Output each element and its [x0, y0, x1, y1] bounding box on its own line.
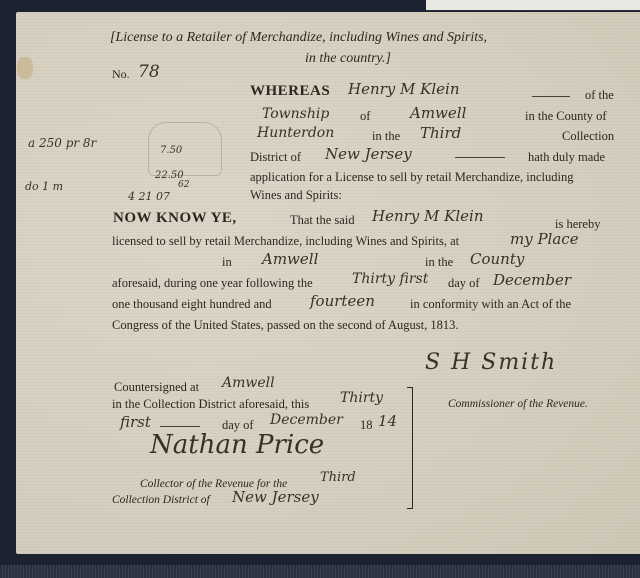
text-that-the-said: That the said	[290, 213, 355, 228]
collector-signature: Nathan Price	[150, 430, 324, 460]
margin-note: a 250 pr 8r	[28, 136, 96, 150]
town-name: Amwell	[262, 250, 318, 268]
fill-line	[455, 157, 505, 158]
margin-note: do 1 m	[25, 180, 63, 193]
county-name: Hunterdon	[257, 125, 334, 141]
county-word: County	[470, 250, 524, 268]
text-in: in	[222, 255, 232, 270]
fill-line	[532, 96, 570, 97]
township-word: Township	[262, 106, 329, 122]
top-edge-strip	[426, 0, 640, 11]
text-congress: Congress of the United States, passed on…	[112, 318, 458, 333]
countersign-year: 14	[378, 412, 397, 430]
text-application: application for a License to sell by ret…	[250, 170, 574, 185]
text-of-the: of the	[585, 88, 614, 103]
applicant-name: Henry M Klein	[348, 80, 460, 98]
number-value: 78	[138, 62, 160, 82]
countersign-day-1: Thirty	[340, 390, 383, 406]
whereas-lead: WHEREAS	[250, 83, 330, 100]
text-collection: Collection	[562, 129, 614, 144]
text-of: of	[360, 109, 370, 124]
bottom-edge-strip	[0, 565, 640, 578]
text-aforesaid: aforesaid, during one year following the	[112, 276, 313, 291]
district-ordinal: Third	[420, 124, 461, 142]
month-handwritten: December	[493, 271, 571, 289]
township-name: Amwell	[410, 104, 466, 122]
text-year-prefix: 18	[360, 418, 373, 433]
margin-note: 62	[178, 180, 189, 190]
text-collection-district-of: Collection District of	[112, 494, 210, 506]
text-conformity: in conformity with an Act of the	[410, 297, 571, 312]
text-day-of: day of	[448, 276, 480, 291]
text-county-of: in the County of	[525, 109, 607, 124]
heading-line-2: in the country.]	[305, 51, 391, 67]
text-wines-spirits: Wines and Spirits:	[250, 188, 342, 203]
text-in-the: in the	[372, 129, 400, 144]
margin-note: 7.50	[160, 145, 182, 156]
text-licensed: licensed to sell by retail Merchandize, …	[112, 234, 459, 249]
countersign-place: Amwell	[222, 375, 275, 391]
commissioner-title: Commissioner of the Revenue.	[448, 398, 588, 410]
year-handwritten: fourteen	[310, 292, 375, 310]
text-district-of: District of	[250, 150, 301, 165]
countersign-month: December	[270, 412, 343, 428]
paper-stain	[17, 57, 33, 79]
text-countersigned-at: Countersigned at	[114, 380, 199, 395]
collector-district-state: New Jersey	[232, 488, 319, 506]
know-ye-lead: NOW KNOW YE,	[113, 210, 237, 227]
text-in-the: in the	[425, 255, 453, 270]
fill-line	[160, 426, 200, 427]
day-handwritten: Thirty first	[352, 271, 428, 287]
text-hath-duly-made: hath duly made	[528, 150, 605, 165]
number-label: No.	[112, 67, 130, 82]
text-collection-district: in the Collection District aforesaid, th…	[112, 397, 309, 412]
heading-line-1: [License to a Retailer of Merchandize, i…	[110, 30, 487, 46]
text-one-thousand: one thousand eight hundred and	[112, 297, 272, 312]
margin-note: 4 21 07	[128, 190, 170, 203]
place-of-business: my Place	[510, 230, 579, 248]
licensee-name: Henry M Klein	[372, 207, 484, 225]
state-name: New Jersey	[325, 145, 412, 163]
bracket-divider	[407, 387, 413, 509]
collector-district-ordinal: Third	[320, 470, 356, 485]
commissioner-signature: S H Smith	[425, 350, 557, 375]
countersign-day-2: first	[120, 413, 151, 431]
